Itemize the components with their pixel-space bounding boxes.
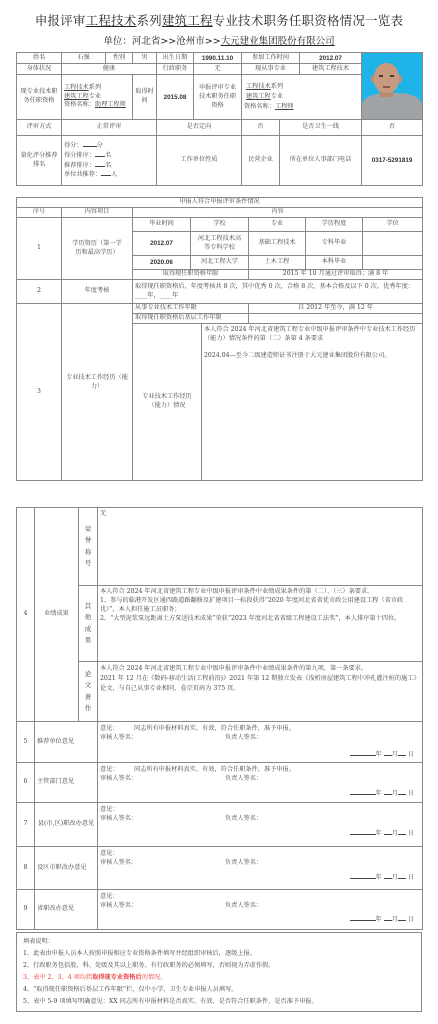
- review-method-label: 评审方式: [17, 120, 62, 136]
- annual-no: 2: [17, 280, 62, 304]
- review-method-value: 正常评审: [62, 120, 157, 136]
- org-type-value: 民营企业: [242, 136, 280, 186]
- other-line: 本人符合 2024 年河北省建筑工程专业中级申报评审条件中业绩成果条件的第（二）…: [100, 588, 420, 597]
- opinion-body: 意见： 同志所有申报材料真实、有效，符合任职条件，准予申报。 审核人签名：负责人…: [98, 763, 423, 803]
- opinion-no: 6: [17, 763, 35, 803]
- opinion-body: 意见： 审核人签名：负责人签名： 年 月 日: [98, 890, 423, 930]
- col-no: 序号: [17, 208, 62, 218]
- grassroots-value: [249, 314, 423, 324]
- notes-title: 填表说明：: [23, 936, 415, 948]
- directed-label: 是否定向: [157, 120, 242, 136]
- section-title: 申报人符合申报评审条件情况: [17, 198, 423, 208]
- health-front-label: 是否卫生一线: [280, 120, 362, 136]
- achievements-table: 4 业绩成果 荣誉称号 无 其他成果 本人符合 2024 年河北省建筑工程专业中…: [16, 507, 423, 930]
- note-item-highlight: 3、表中 2、3、4 项均指取得现专业资格后的情况。: [23, 972, 415, 984]
- health-label: 身体状况: [17, 64, 62, 75]
- edu-major: 土木工程: [249, 256, 306, 270]
- edu-degree: [363, 232, 423, 256]
- quant-label: 量化评分推荐排名: [17, 136, 62, 186]
- opinion-row: 6 主管部门意见 意见： 同志所有申报材料真实、有效，符合任职条件，准予申报。 …: [17, 763, 423, 803]
- edu-header-degree: 学位: [363, 218, 423, 232]
- name-value: 石强: [62, 53, 106, 64]
- health-front-value: 否: [362, 120, 423, 136]
- col-content: 内容: [133, 208, 423, 218]
- edu-header-school: 学校: [191, 218, 249, 232]
- qual-years-label: 取得现任职资格年限: [133, 270, 249, 280]
- directed-value: 否: [242, 120, 280, 136]
- health-value: 健康: [62, 64, 157, 75]
- opinion-text: 意见：: [100, 806, 420, 815]
- edu-degree: [363, 256, 423, 270]
- current-major-value: 建筑工程技术: [300, 64, 362, 75]
- exp-no: 3: [17, 304, 62, 481]
- gender-value: 男: [133, 53, 157, 64]
- admin-value: 无: [194, 64, 242, 75]
- note-item: 4、“取得现任职资格后基层工作年限”栏，仅中小学、卫生专业申报人员填写。: [23, 984, 415, 996]
- reviewer-signature[interactable]: 审核人签名：: [100, 859, 225, 868]
- opinion-body: 意见： 审核人签名：负责人签名： 年 月 日: [98, 803, 423, 847]
- birth-label: 出生日期: [157, 53, 194, 64]
- other-value: 本人符合 2024 年河北省建筑工程专业中级申报评审条件中业绩成果条件的第（二）…: [98, 586, 423, 662]
- apply-qual-label: 申报评审专业技术职务任职资格: [194, 75, 242, 120]
- gender-label: 性别: [106, 53, 133, 64]
- paper-line: 本人符合 2024 年河北省建筑工程专业中级申报评审条件中业绩成果条件的第九项，…: [100, 664, 420, 674]
- note-item: 1、此表由申报人员本人按照申报相应专业资格条件填写并经组织审核后，逐级上报。: [23, 948, 415, 960]
- annual-text: 取得现任职资格后，年度考核共 8 次，其中优秀 0 次，合格 8 次，基本合格及…: [133, 280, 423, 304]
- opinion-label: 省职改办意见: [35, 890, 98, 930]
- ach-label: 业绩成果: [35, 508, 79, 722]
- admin-label: 行政职务: [157, 64, 194, 75]
- opinion-text: 意见：: [100, 850, 420, 859]
- exp-label: 专业技术工作经历（能力）: [62, 304, 133, 481]
- paper-label: 论文著作: [79, 662, 98, 722]
- other-line: 2、“大型泥浆泵远距离土方泵送技术成果”荣获“2023 年度河北省省级工程建设工…: [100, 615, 420, 624]
- conditions-table: 申报人符合申报评审条件情况 序号 内容项目 内容 1 学历资历（第一学历和最高学…: [16, 197, 423, 481]
- edu-major: 基础工程技术: [249, 232, 306, 256]
- opinion-label: 县(市,区)职改办意见: [35, 803, 98, 847]
- obtain-time-value: 2015.08: [157, 75, 194, 120]
- edu-header-level: 学历程度: [306, 218, 363, 232]
- exp-years-label: 从事专业技术工作年限: [133, 304, 249, 314]
- honor-label: 荣誉称号: [79, 508, 98, 586]
- unit-line: 单位：河北省>>沧州市>>大元建业集团股份有限公司: [0, 35, 438, 49]
- edu-label: 学历资历（第一学历和最高学历）: [62, 218, 133, 280]
- cur-qual-label: 现专业技术职务任职资格: [17, 75, 62, 120]
- quant-values: 得分：分 得分排序：名 推荐排序：名 单位共推荐：人: [62, 136, 157, 186]
- opinion-body: 意见： 审核人签名：负责人签名： 年 月 日: [98, 847, 423, 890]
- exp-detail-p2: 2024.04—至今二级建造师证书注册于大元建业集团股份有限公司。: [204, 352, 420, 361]
- grassroots-label: 取得现任职资格后基层工作年限: [133, 314, 249, 324]
- opinion-label: 设区市职改办意见: [35, 847, 98, 890]
- apply-qual-value: 工程技术系列 建筑工程专业 资格名称：工程师: [242, 75, 362, 120]
- date-field[interactable]: 年 月 日: [100, 873, 420, 883]
- edu-level: 本科毕业: [306, 256, 363, 270]
- reviewer-signature[interactable]: 审核人签名：: [100, 734, 225, 743]
- opinion-text: 意见： 同志所有申报材料真实、有效，符合任职条件，准予申报。: [100, 766, 420, 775]
- opinion-row: 9 省职改办意见 意见： 审核人签名：负责人签名： 年 月 日: [17, 890, 423, 930]
- opinion-label: 推荐单位意见: [35, 722, 98, 763]
- hr-phone-label: 所在单位人事部门电话: [280, 136, 362, 186]
- opinion-no: 8: [17, 847, 35, 890]
- opinion-label: 主管部门意见: [35, 763, 98, 803]
- cur-qual-value: 工程技术系列 建筑工程专业 资格名称：助理工程师: [62, 75, 133, 120]
- col-item: 内容项目: [62, 208, 133, 218]
- opinion-text: 意见： 同志所有申报材料真实、有效，符合任职条件，准予申报。: [100, 725, 420, 734]
- edu-school: 河北工程技术高等专科学校: [191, 232, 249, 256]
- fill-instructions: 填表说明： 1、此表由申报人员本人按照申报相应专业资格条件填写并经组织审核后，逐…: [16, 932, 422, 1012]
- date-field[interactable]: 年 月 日: [100, 750, 420, 760]
- qual-years-value: 2015 年 10 月通过评审取得；满 8 年: [249, 270, 423, 280]
- note-item: 5、表中 5-9 项填写明确意见：XX 同志所有申报材料是否真实、有效，是否符合…: [23, 996, 415, 1008]
- honor-value: 无: [98, 508, 423, 586]
- photo-cell: [362, 53, 423, 120]
- edu-time: 2020.06: [133, 256, 191, 270]
- date-field[interactable]: 年 月 日: [100, 829, 420, 839]
- edu-level: 专科毕业: [306, 232, 363, 256]
- paper-line: 2021 年 12 月在《数码-移动生活(工程前沿)》2021 年第 12 期独…: [100, 674, 420, 694]
- opinion-row: 5 推荐单位意见 意见： 同志所有申报材料真实、有效，符合任职条件，准予申报。 …: [17, 722, 423, 763]
- page-title: 申报评审工程技术系列建筑工程专业技术职务任职资格情况一览表: [0, 12, 438, 30]
- work-start-value: 2012.07: [300, 53, 362, 64]
- obtain-time-label: 取得时间: [133, 75, 157, 120]
- leader-signature[interactable]: 负责人签名：: [225, 815, 262, 824]
- reviewer-signature[interactable]: 审核人签名：: [100, 902, 225, 911]
- ach-no: 4: [17, 508, 35, 722]
- leader-signature[interactable]: 负责人签名：: [225, 902, 262, 911]
- note-item: 2、行政职务包括股、科、处级及其以上职务。有行政职务的必须填写，否则视为弄虚作假…: [23, 960, 415, 972]
- current-major-label: 现从事专业: [242, 64, 300, 75]
- other-label: 其他成果: [79, 586, 98, 662]
- reviewer-signature[interactable]: 审核人签名：: [100, 775, 225, 784]
- other-line: 1、参与的临港开发区通四路道路翻修及扩建项目一标段获得“2020 年度河北省省优…: [100, 597, 420, 615]
- edu-no: 1: [17, 218, 62, 280]
- opinion-no: 9: [17, 890, 35, 930]
- birth-value: 1990.11.10: [194, 53, 242, 64]
- basic-info-table: 姓名 石强 性别 男 出生日期 1990.11.10 参加工作时间 2012.0…: [16, 52, 423, 186]
- work-start-label: 参加工作时间: [242, 53, 300, 64]
- applicant-photo: [362, 53, 422, 119]
- opinion-no: 5: [17, 722, 35, 763]
- exp-detail-label: 专业技术工作经历（能力）情况: [133, 324, 202, 481]
- opinion-text: 意见：: [100, 893, 420, 902]
- exp-detail-p1: 本人符合 2024 年河北省建筑工程专业中级申报评审条件中专业技术工作经历（能力…: [204, 326, 420, 344]
- leader-signature[interactable]: 负责人签名：: [225, 859, 262, 868]
- date-field[interactable]: 年 月 日: [100, 915, 420, 925]
- reviewer-signature[interactable]: 审核人签名：: [100, 815, 225, 824]
- edu-header-major: 专业: [249, 218, 306, 232]
- annual-label: 年度考核: [62, 280, 133, 304]
- edu-header-time: 毕业时间: [133, 218, 191, 232]
- opinion-body: 意见： 同志所有申报材料真实、有效，符合任职条件，准予申报。 审核人签名：负责人…: [98, 722, 423, 763]
- date-field[interactable]: 年 月 日: [100, 789, 420, 799]
- leader-signature[interactable]: 负责人签名：: [225, 734, 262, 743]
- org-type-label: 工作单位性质: [157, 136, 242, 186]
- edu-time: 2012.07: [133, 232, 191, 256]
- opinion-no: 7: [17, 803, 35, 847]
- name-label: 姓名: [17, 53, 62, 64]
- edu-school: 河北工程大学: [191, 256, 249, 270]
- paper-value: 本人符合 2024 年河北省建筑工程专业中级申报评审条件中业绩成果条件的第九项，…: [98, 662, 423, 722]
- opinion-row: 7 县(市,区)职改办意见 意见： 审核人签名：负责人签名： 年 月 日: [17, 803, 423, 847]
- exp-years-value: 自 2012 年至今，满 12 年: [249, 304, 423, 314]
- hr-phone-value: 0317-5291819: [362, 136, 423, 186]
- opinion-row: 8 设区市职改办意见 意见： 审核人签名：负责人签名： 年 月 日: [17, 847, 423, 890]
- leader-signature[interactable]: 负责人签名：: [225, 775, 262, 784]
- exp-detail: 本人符合 2024 年河北省建筑工程专业中级申报评审条件中专业技术工作经历（能力…: [202, 324, 423, 481]
